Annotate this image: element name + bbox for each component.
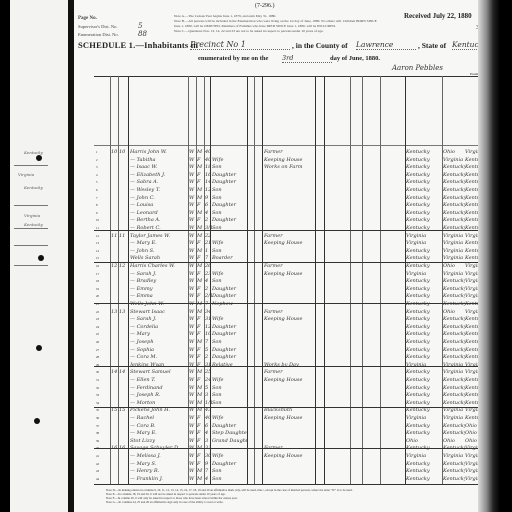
enumeration-value: 88	[138, 30, 147, 38]
note-c: Note C.—Questions Nos. 13, 14, 22 and 23…	[174, 29, 384, 34]
father-birthplace-value: Kentucky	[443, 475, 465, 483]
form-number: (7-296.)	[255, 3, 275, 9]
table-row: 44— Franklin J.WM4SonKentuckyKentuckyVir…	[10, 475, 490, 483]
color-value: W	[189, 475, 196, 483]
county-label: , in the County of	[292, 41, 348, 50]
enumerated-day: 3rd	[282, 54, 332, 63]
relationship-value: Son	[212, 475, 247, 483]
enumerated-label: enumerated by me on the	[198, 55, 268, 62]
state-label: , State of	[418, 41, 446, 50]
place-value: Precinct No 1	[190, 40, 290, 50]
table-bottom-border	[94, 484, 494, 485]
supervisor-label: Supervisor's Dist. No.	[78, 25, 118, 30]
supervisor-value: 5	[138, 22, 142, 30]
county-value: Lawrence	[356, 40, 416, 50]
sex-value: M	[197, 475, 204, 483]
book-edge	[478, 0, 500, 512]
age-value: 4	[205, 475, 212, 483]
census-page: Kentucky Virginia Kentucky Virginia Kent…	[10, 0, 500, 512]
enumeration-label: Enumeration Dist. No.	[78, 33, 119, 38]
enumerator-signature: Aaron Pebbles	[392, 64, 443, 72]
row-number: 44	[96, 475, 106, 483]
received-stamp: Received July 22, 1880	[404, 12, 472, 20]
note-a: Note A.—The Census Year begins June 1, 1…	[174, 14, 384, 19]
header-bottom-border	[94, 145, 494, 146]
schedule-title: SCHEDULE 1.—Inhabitants in	[78, 40, 198, 50]
person-name: — Franklin J.	[130, 475, 188, 483]
footer-notes: Note D.—In making entries in columns 9, …	[106, 488, 356, 504]
day-label: day of June, 1880.	[330, 55, 380, 62]
birthplace-value: Kentucky	[406, 475, 442, 483]
note-b: Note B.—All persons will be included in …	[174, 19, 384, 28]
page-label: Page No.	[78, 17, 97, 22]
table-top-border	[94, 76, 494, 77]
note-g: Note G.—In columns 24, 25 and 26 an affi…	[106, 500, 356, 504]
